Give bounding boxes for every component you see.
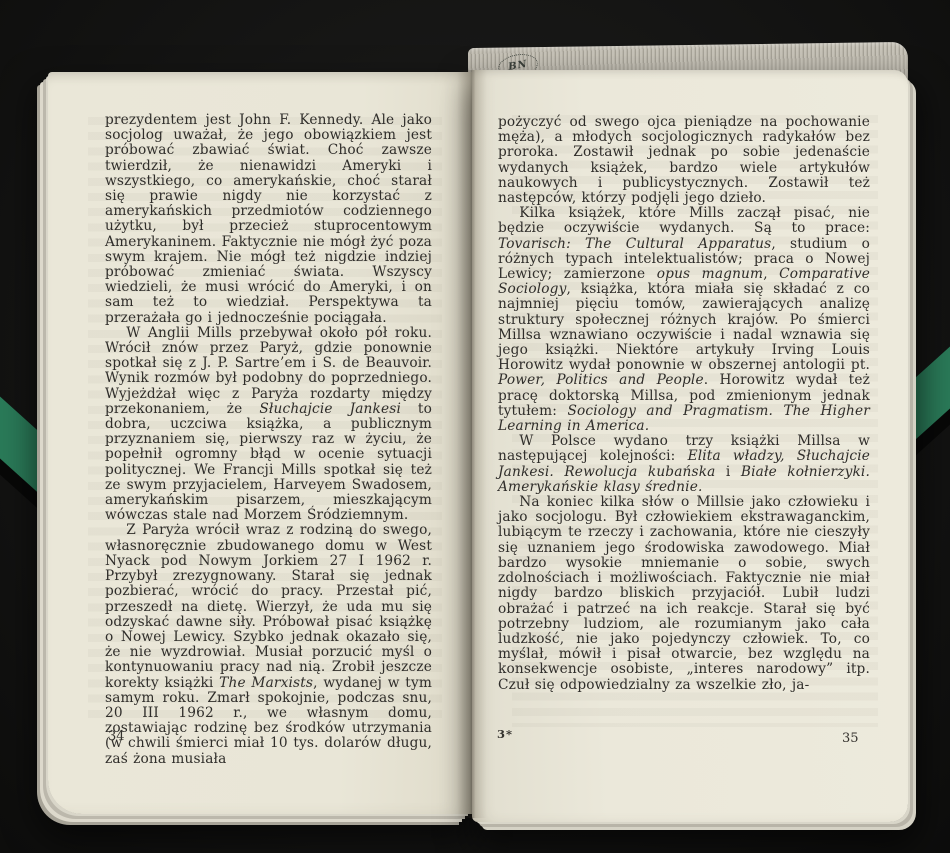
page-number-left: 34 [108, 729, 125, 744]
paragraph: Kilka książek, które Mills zaczął pisać,… [498, 206, 870, 434]
paragraph: W Polsce wydano trzy książki Millsa w na… [498, 434, 870, 495]
signature-mark: 3* [497, 727, 513, 741]
page-number-right: 35 [842, 731, 859, 746]
paragraph: Na koniec kilka słów o Millsie jako czło… [498, 495, 870, 693]
paragraph: pożyczyć od swego ojca pieniądze na poch… [498, 115, 870, 206]
paragraph: W Anglii Mills przebywał około pół roku.… [105, 326, 432, 524]
scan-background: { "scene": { "background_color": "#14141… [0, 0, 950, 853]
right-page-text: pożyczyć od swego ojca pieniądze na poch… [498, 115, 870, 693]
paragraph: prezydentem jest John F. Kennedy. Ale ja… [105, 113, 432, 326]
left-page-text: prezydentem jest John F. Kennedy. Ale ja… [105, 113, 432, 767]
paragraph: Z Paryża wrócił wraz z rodziną do swego,… [105, 523, 432, 766]
